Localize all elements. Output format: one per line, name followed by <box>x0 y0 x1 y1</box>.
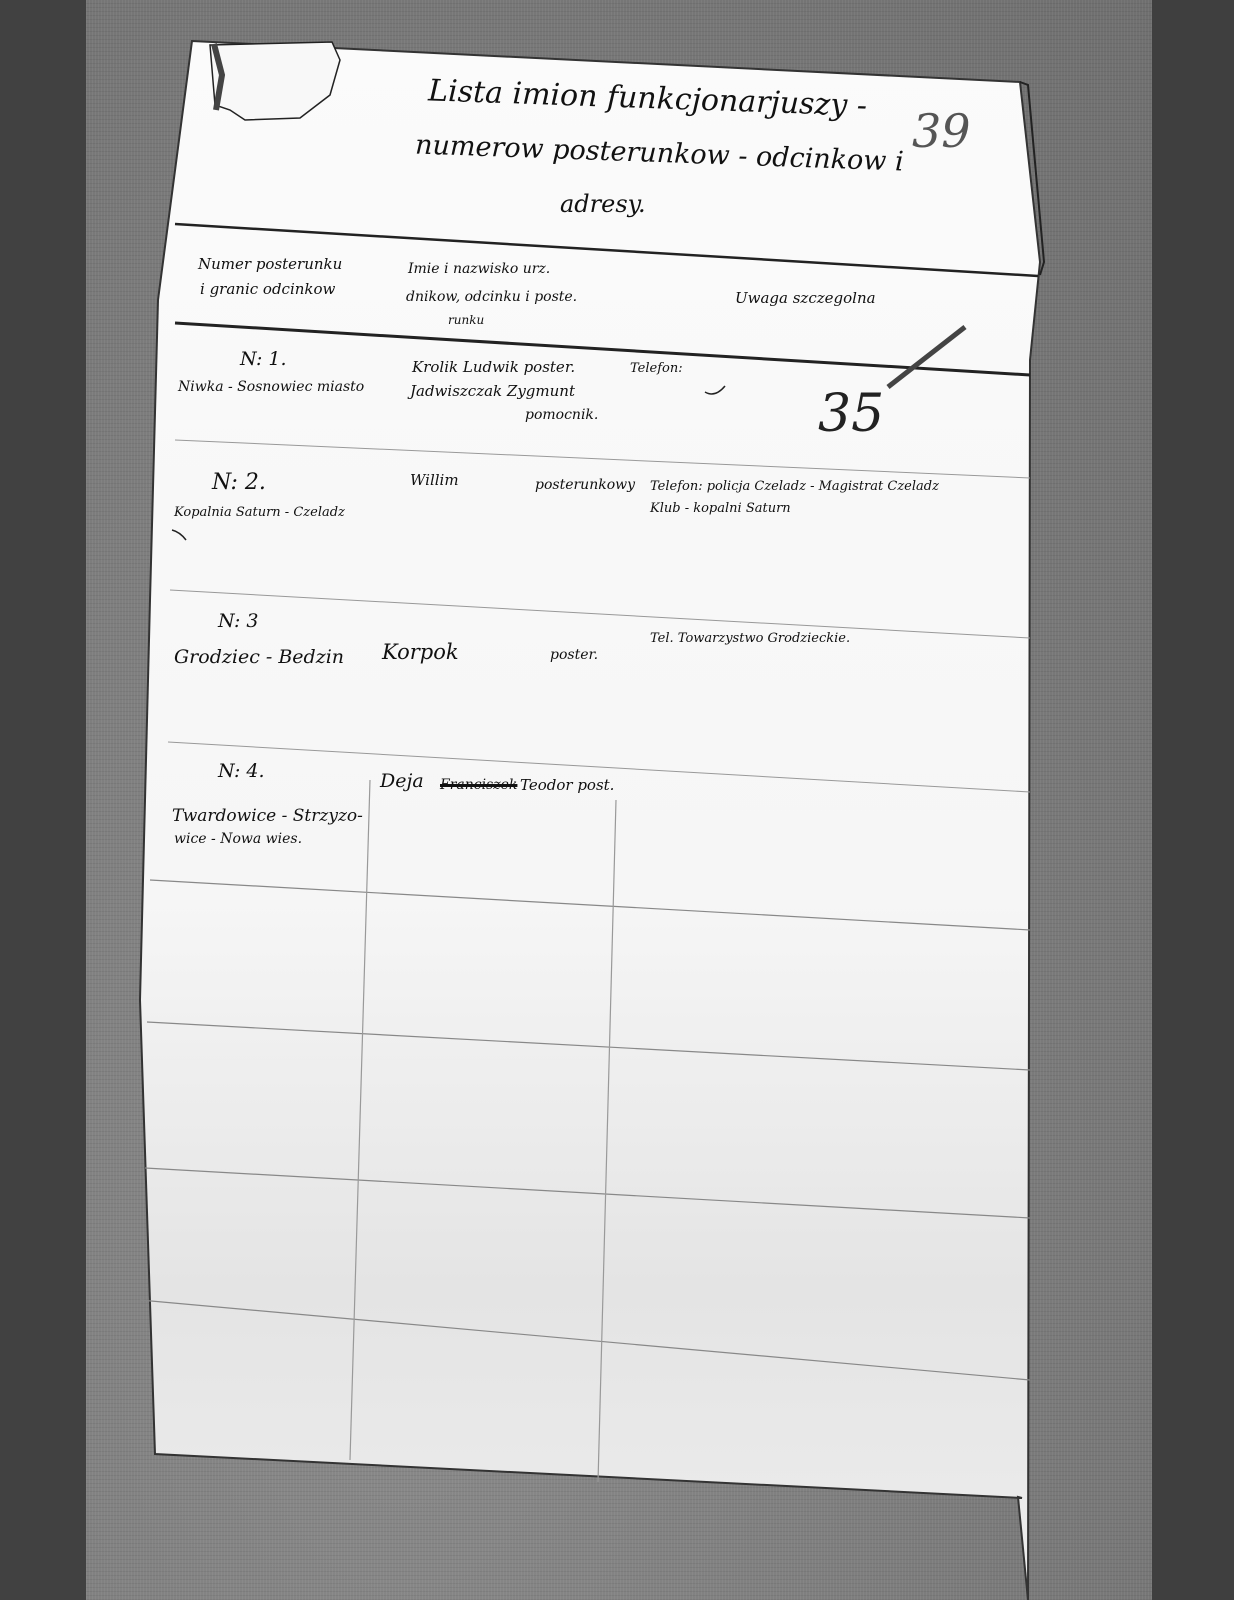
paper-sheet <box>0 0 1234 1600</box>
secondary-number: 35 <box>818 388 884 440</box>
row-name-line: Willim <box>410 473 459 488</box>
column-header-2-line-1: Imie i nazwisko urz. <box>408 262 550 276</box>
row-location-line: Twardowice - Strzyzo- <box>172 808 363 825</box>
row-number: N: 1. <box>240 350 287 369</box>
document-title-line-3: adresy. <box>560 192 646 216</box>
archive-page-number: 39 <box>912 108 971 154</box>
row-name-line: Teodor post. <box>520 778 614 793</box>
column-header-2-line-2: dnikow, odcinku i poste. <box>406 290 577 304</box>
row-name-line: poster. <box>550 648 598 662</box>
row-remark: Klub - kopalni Saturn <box>650 502 791 515</box>
row-name-line: Jadwiszczak Zygmunt <box>410 384 575 399</box>
row-location-line: wice - Nowa wies. <box>174 832 302 846</box>
row-name-line: Korpok <box>382 642 459 663</box>
row-location: Grodziec - Bedzin <box>174 648 344 667</box>
row-remark: Tel. Towarzystwo Grodzieckie. <box>650 632 850 645</box>
row-name-line: Deja <box>380 772 424 791</box>
column-header-2-line-3: runku <box>448 314 484 326</box>
column-header-3: Uwaga szczegolna <box>735 291 876 306</box>
row-struck-name: Franciszek <box>440 778 517 792</box>
row-name-line: Krolik Ludwik poster. <box>412 360 575 375</box>
row-name-line: pomocnik. <box>525 408 598 422</box>
row-location: Kopalnia Saturn - Czeladz <box>174 506 345 519</box>
row-name-line: posterunkowy <box>535 478 635 492</box>
document-page: Lista imion funkcjonarjuszy - numerow po… <box>0 0 1234 1600</box>
row-number: N: 2. <box>212 472 266 494</box>
row-location: Niwka - Sosnowiec miasto <box>178 380 364 394</box>
row-remark: Telefon: <box>630 362 683 375</box>
row-number: N: 3 <box>218 612 258 631</box>
row-number: N: 4. <box>218 762 265 781</box>
column-header-1-line-1: Numer posterunku <box>198 257 342 272</box>
column-header-1-line-2: i granic odcinkow <box>200 282 335 297</box>
row-remark: Telefon: policja Czeladz - Magistrat Cze… <box>650 480 939 493</box>
